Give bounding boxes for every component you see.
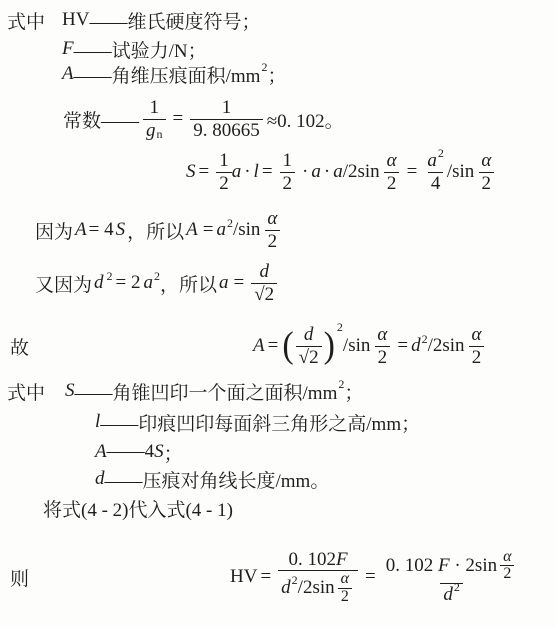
fraction-denominator: 4	[431, 173, 441, 194]
symbol-hv: HV	[230, 566, 257, 588]
chinese-text: ，所以	[160, 270, 217, 297]
superscript: 2	[107, 269, 113, 284]
fraction-a2-over-4: a2 4	[424, 150, 447, 194]
chinese-text: 又因为	[35, 270, 92, 297]
fraction-half: 1 2	[216, 150, 232, 194]
fraction-denominator: 2	[503, 566, 511, 583]
equals-sign: =	[203, 219, 214, 241]
slash-sin: /sin	[447, 161, 474, 183]
equals-sign: =	[397, 335, 408, 357]
constant-label: 常数——	[63, 106, 139, 133]
symbol-a: a	[333, 161, 343, 183]
definition-text: ——角锥凹印一个面之面积/mm	[75, 378, 338, 405]
fraction-denominator: 2	[341, 589, 349, 606]
fraction-numerator: α	[387, 150, 397, 171]
substitution-note: 将式(4 - 2)代入式(4 - 1)	[43, 495, 233, 521]
fraction-denominator: 2	[482, 173, 492, 194]
where-clause-1-line-a: A ——角维压痕面积/mm2；	[62, 61, 286, 87]
fraction-hv-2: 0. 102 F · 2sin α 2 d2	[383, 549, 521, 606]
symbol-s: S	[186, 161, 196, 183]
symbol-s: S	[116, 219, 126, 241]
approx-value: ≈0. 102。	[267, 106, 344, 133]
fraction-alpha-half: α 2	[264, 208, 280, 252]
definition-tail: ；	[267, 61, 286, 88]
statement-because-1: 因为 A = 4 S ，所以 A = a2 /sin α 2	[35, 208, 284, 252]
fraction-alpha-half: α 2	[478, 150, 494, 194]
symbol-l: l	[254, 161, 259, 183]
fraction-numerator: α	[481, 150, 491, 171]
numeric-coefficient: 0. 102	[289, 549, 337, 570]
superscript: 2	[292, 574, 298, 587]
superscript: 2	[261, 60, 267, 75]
where-label: 式中	[7, 378, 45, 405]
slash-2sin: /2sin	[343, 161, 380, 183]
dot-operator: ·	[244, 161, 250, 183]
equals-sign: =	[268, 335, 279, 357]
fraction-one-over-g-value: 1 9. 80665	[190, 97, 263, 141]
fraction-denominator: g	[146, 120, 156, 141]
where-clause-2-line-l: l ——印痕凹印每面斜三角形之高/mm；	[95, 409, 420, 435]
superscript: 2	[338, 377, 344, 392]
fraction-numerator: α	[503, 549, 511, 566]
fraction-half: 1 2	[280, 150, 296, 194]
statement-then-label: 则	[10, 565, 29, 589]
where-clause-1-line-f: F ——试验力/N；	[62, 37, 207, 61]
equals-sign: =	[173, 108, 184, 130]
symbol-a: a	[219, 272, 229, 294]
symbol-a: a	[311, 161, 321, 183]
dot-operator: ·	[302, 161, 308, 183]
definition-text: ——维氏硬度符号；	[89, 7, 260, 34]
fraction-denominator: 2	[219, 173, 229, 194]
symbol-d: d	[94, 272, 104, 294]
numeric-coefficient: 0. 102	[386, 555, 438, 576]
slash-2sin: /2sin	[298, 577, 335, 598]
fraction-d-over-sqrt2: d √2	[296, 324, 322, 368]
formula-area-a: A = ( d √2 ) 2 /sin α 2 = d2 /2sin α 2	[253, 316, 489, 376]
fraction-alpha-half: α 2	[374, 324, 390, 368]
superscript: 2	[422, 332, 428, 347]
superscript: 2	[227, 216, 233, 231]
equals-sign: =	[199, 161, 210, 183]
fraction-hv-1: 0. 102F d2/2sin α 2	[278, 549, 358, 606]
where-clause-1-line-constant: 常数—— 1 gn = 1 9. 80665 ≈0. 102。	[63, 95, 344, 143]
symbol-f: F	[438, 555, 450, 576]
fraction-numerator: d	[259, 261, 269, 282]
fraction-one-over-gn: 1 gn	[143, 97, 166, 141]
fraction-denominator: 2	[283, 173, 293, 194]
fraction-numerator: α	[341, 571, 349, 588]
equals-sign: =	[365, 566, 376, 588]
left-paren: (	[282, 327, 293, 364]
dot-operator: ·	[324, 161, 330, 183]
where-clause-2-line-d: d ——压痕对角线长度/mm。	[95, 466, 329, 492]
fraction-numerator: 1	[222, 97, 232, 118]
where-clause-1-line-hv: 式中 HV ——维氏硬度符号；	[7, 8, 260, 32]
slash-sin: /sin	[343, 335, 370, 357]
slash-2sin: /2sin	[428, 335, 465, 357]
symbol-a: A	[253, 335, 265, 357]
fraction-denominator: 9. 80665	[193, 120, 260, 141]
dot-2sin: · 2sin	[450, 555, 498, 576]
fraction-denominator: 2	[387, 173, 397, 194]
equals-sign: =	[262, 161, 273, 183]
symbol-a: A	[95, 441, 107, 463]
symbol-a: a	[143, 272, 153, 294]
right-paren: )	[324, 327, 335, 364]
definition-text: ——压痕对角线长度/mm。	[105, 466, 330, 493]
superscript: 2	[337, 320, 343, 335]
statement-because-2: 又因为 d2 = 2 a2 ，所以 a = d √2	[35, 259, 281, 307]
fraction-alpha-half: α 2	[500, 549, 514, 584]
symbol-f: F	[336, 549, 348, 570]
chinese-text: 因为	[35, 217, 73, 244]
fraction-numerator: 1	[150, 97, 160, 118]
equals-sign: =	[234, 272, 245, 294]
fraction-alpha-half: α 2	[469, 324, 485, 368]
fraction-numerator: α	[377, 324, 387, 345]
fraction-numerator: a	[427, 150, 437, 171]
formula-hv: HV = 0. 102F d2/2sin α 2 = 0. 102 F · 2s…	[230, 527, 525, 627]
fraction-denominator: 2	[472, 347, 482, 368]
fraction-denominator: √2	[254, 284, 274, 305]
chinese-text: ，所以	[127, 217, 184, 244]
fraction-numerator: 1	[219, 150, 229, 171]
chinese-text: 将式(4 - 2)代入式(4 - 1)	[43, 495, 233, 522]
equals-sign: =	[407, 161, 418, 183]
definition-text: ——4	[107, 441, 155, 463]
equation-s: S = 1 2 a · l = 1 2 · a · a /2sin α 2 = …	[186, 146, 498, 198]
fraction-numerator: d	[304, 324, 314, 345]
symbol-a: A	[75, 219, 87, 241]
superscript: 2	[154, 269, 160, 284]
definition-text: ——试验力/N；	[74, 36, 207, 63]
statement-therefore-label: 故	[10, 334, 29, 358]
symbol-d: d	[281, 577, 291, 598]
superscript: 2	[438, 147, 444, 160]
where-label: 式中	[7, 7, 45, 34]
symbol-s: S	[65, 380, 75, 402]
chinese-text: 故	[10, 333, 29, 360]
symbol-a: A	[62, 63, 74, 85]
where-clause-2-line-a: A ——4S；	[95, 439, 183, 465]
fraction-denominator: 2	[268, 231, 278, 252]
symbol-hv: HV	[62, 9, 89, 31]
symbol-s: S	[154, 441, 164, 463]
definition-text: ——印痕凹印每面斜三角形之高/mm；	[100, 409, 420, 436]
fraction-alpha-half: α 2	[338, 571, 352, 606]
equals-sign: =	[260, 566, 271, 588]
fraction-numerator: α	[472, 324, 482, 345]
fraction-d-over-sqrt2: d √2	[251, 261, 277, 305]
symbol-d: d	[443, 584, 453, 605]
chinese-text: 则	[10, 564, 29, 591]
equals-2: = 2	[116, 272, 141, 294]
equals-4: = 4	[89, 219, 114, 241]
symbol-d: d	[95, 468, 105, 490]
slash-sin: /sin	[233, 219, 260, 241]
document-page: 式中 HV ——维氏硬度符号； F ——试验力/N； A ——角维压痕面积/mm…	[0, 0, 556, 627]
fraction-denominator: 2	[378, 347, 388, 368]
fraction-denominator: √2	[299, 347, 319, 368]
definition-text: ——角维压痕面积/mm	[74, 61, 261, 88]
symbol-a: a	[232, 161, 242, 183]
fraction-alpha-half: α 2	[384, 150, 400, 194]
definition-tail: ；	[164, 439, 183, 466]
symbol-f: F	[62, 38, 74, 60]
fraction-numerator: 1	[283, 150, 293, 171]
symbol-a: a	[216, 219, 226, 241]
symbol-a: A	[186, 219, 198, 241]
fraction-numerator: α	[267, 208, 277, 229]
definition-tail: ；	[344, 378, 363, 405]
symbol-d: d	[411, 335, 421, 357]
where-clause-2-line-s: 式中 S ——角锥凹印一个面之面积/mm2；	[7, 378, 363, 404]
subscript-n: n	[157, 128, 163, 141]
superscript: 2	[454, 581, 460, 594]
